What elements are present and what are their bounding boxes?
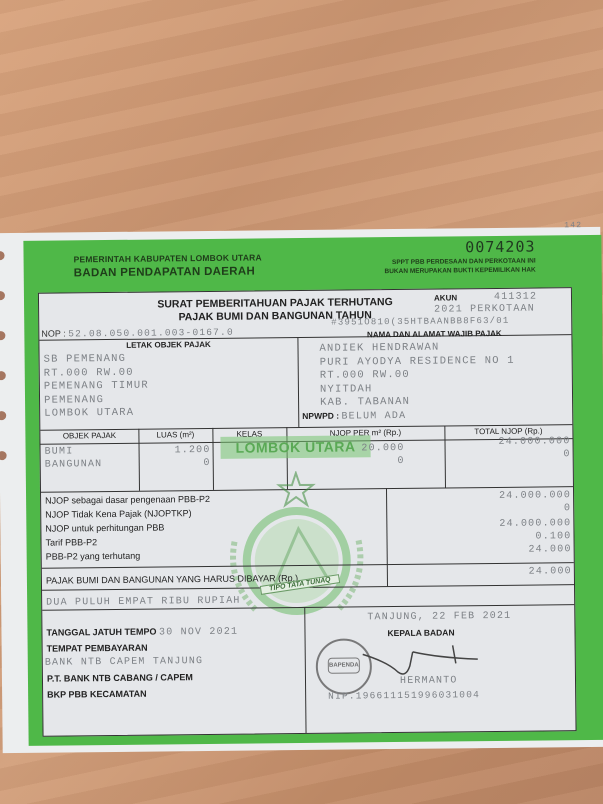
taxpayer-label: NAMA DAN ALAMAT WAJIB PAJAK [297,328,571,340]
payment-option-bank: P.T. BANK NTB CABANG / CAPEM [47,672,193,684]
due-date-field: TANGGAL JATUH TEMPO 30 NOV 2021 [46,626,238,640]
calc-label: NJOP untuk perhitungan PBB [45,522,164,533]
signatory-title: KEPALA BADAN [387,627,454,638]
ownership-note-1: SPPT PBB PERDESAAN DAN PERKOTAAN INI [384,258,535,267]
col-objek: OBJEK PAJAK [40,431,138,441]
corner-number: 142 [564,221,582,230]
object-location-lines: SB PEMENANG RT.000 RW.00 PEMENANG TIMUR … [44,353,150,422]
akun-label: AKUN [434,293,457,302]
payment-place-label: TEMPAT PEMBAYARAN [47,643,148,654]
agency-name: BADAN PENDAPATAN DAERAH [74,265,262,279]
calc-label: PBB-P2 yang terhutang [46,551,141,562]
calc-label: Tarif PBB-P2 [45,537,97,548]
calc-value: 24.000 [387,544,572,557]
calc-value: 24.000.000 [386,518,571,531]
signatory-name: HERMANTO [400,675,458,687]
calc-value: 0.100 [386,531,571,544]
col-luas: LUAS (m²) [138,430,212,440]
payment-place-value: BANK NTB CAPEM TANJUNG [45,656,204,669]
calc-value: 24.000.000 [386,490,571,503]
col-total-njop: TOTAL NJOP (Rp.) [444,426,572,436]
payment-option-bkp: BKP PBB KECAMATAN [47,689,147,700]
calc-label: NJOP sebagai dasar pengenaan PBB-P2 [45,494,210,506]
issuer-header: PEMERINTAH KABUPATEN LOMBOK UTARA BADAN … [74,252,263,279]
serial-header: 0074203 SPPT PBB PERDESAAN DAN PERKOTAAN… [384,238,536,276]
form-body: SURAT PEMBERITAHUAN PAJAK TERHUTANG PAJA… [38,287,577,737]
object-location-label: LETAK OBJEK PAJAK [39,339,297,351]
tax-document: 142 PEMERINTAH KABUPATEN LOMBOK UTARA BA… [0,227,603,753]
taxpayer-lines: ANDIEK HENDRAWAN PURI AYODYA RESIDENCE N… [319,341,515,411]
divider [297,337,299,427]
payable-value: 24.000 [387,566,572,579]
npwpd-field: NPWPD : BELUM ADA [302,410,406,423]
payable-in-words: DUA PULUH EMPAT RIBU RUPIAH [46,596,241,609]
green-form-frame: PEMERINTAH KABUPATEN LOMBOK UTARA BADAN … [23,235,603,746]
government-name: PEMERINTAH KABUPATEN LOMBOK UTARA [74,252,262,264]
calc-label: NJOP Tidak Kena Pajak (NJOPTKP) [45,508,191,520]
seal-text: BAPENDA [328,657,360,673]
place-date: TANJUNG, 22 FEB 2021 [367,611,511,624]
signatory-nip: NIP.196611151996031004 [328,689,480,702]
npwpd-label: NPWPD : [302,411,339,421]
nop-label: NOP : [41,328,65,338]
signature-block: TANJUNG, 22 FEB 2021 KEPALA BADAN BAPEND… [307,605,538,707]
akun-value: 411312 [494,292,537,303]
tax-year-value: 2021 PERKOTAAN [434,304,535,316]
npwpd-value: BELUM ADA [341,411,406,423]
calc-value: 0 [386,503,571,516]
reference-code: #3951O810(35HTBAANBB8F63/01 [331,316,509,328]
due-date-value: 30 NOV 2021 [159,627,238,639]
table-row: BUMI 1.200 20.000 24.000.000 [39,288,571,294]
ownership-note-2: BUKAN MERUPAKAN BUKTI KEPEMILIKAN HAK [384,267,535,276]
table-row: BANGUNAN 0 0 0 [39,288,571,294]
serial-number: 0074203 [384,238,535,258]
due-date-label: TANGGAL JATUH TEMPO [46,627,156,638]
